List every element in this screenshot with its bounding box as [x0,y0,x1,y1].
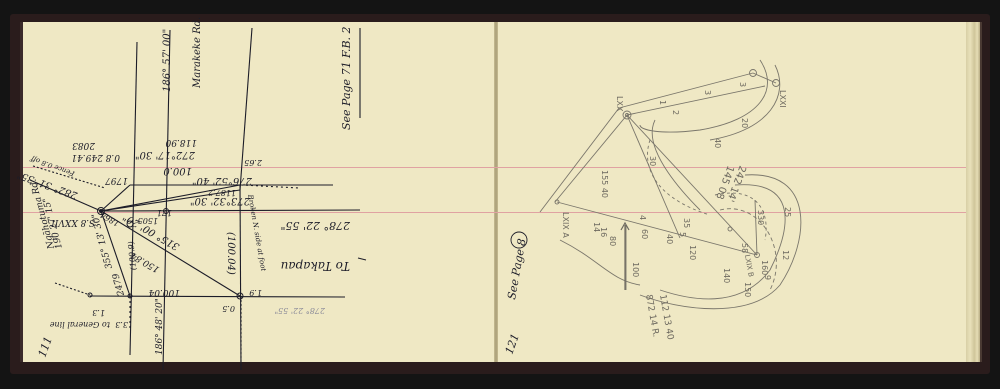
bearing-text: 278° 22' 55" [280,219,351,232]
contour-label: 16 [599,227,608,237]
contour-label: 3 [738,82,747,87]
page-number-left: 111 [36,335,55,359]
contour-label: 4 [638,215,647,220]
station-label: LXIX B [743,254,755,278]
distance-text: 0.8 249.41 [71,152,120,162]
contour-label: 58 [740,243,749,253]
right-station-marks [555,70,780,258]
distance-text: 1.9 [249,288,262,297]
distance-text: 100.04 [148,287,180,297]
distance-text: 2.65 [244,158,263,167]
contour-label: 35 [682,218,691,228]
contour-label: 2 [671,110,680,115]
contour-label: 30 [648,156,657,166]
contour-label: 9 [763,275,772,280]
station-label: LXX [615,96,624,112]
bearing-text: 186° 57' 00" [162,29,173,92]
distance-text: 100.0 [163,165,192,176]
right-annotations: LXX LXXI LXIX A LXIX B 112 13 40 872 14 … [561,82,792,341]
distance-text: 1.3 [92,308,105,317]
fence-note: Fence 0.8 off [29,154,77,178]
broken-side-note: Broken N. side at foot [246,193,268,272]
bearing-text: 278° 22' 55" [274,306,326,315]
contour-label: 40 [665,234,674,244]
contour-label: 160 [760,260,769,275]
contour-label: 120 [688,245,697,260]
left-annotations: 186° 57' 00" Marakeke Rd. See Page 71 F.… [16,17,353,359]
contour-label: 40 [713,138,722,148]
contour-label: 3 [703,90,712,95]
contour-label: 140 [722,268,731,283]
general-line-note: to General line [49,320,110,329]
distance-text: 0.5 [222,304,235,313]
contour-label: 150 [743,282,752,297]
contour-label: 155 40 [600,170,609,198]
right-page-notes: See Page 8 121 [503,232,529,356]
station-label: LXXI [778,90,787,108]
contour-label: 60 [640,229,649,239]
contour-label: 5 [678,232,687,237]
survey-sketch: 186° 57' 00" Marakeke Rd. See Page 71 F.… [0,0,1000,389]
distance-text: 1797 [105,175,128,185]
distance-text: (100.9) [126,241,138,271]
contour-label: 25 [783,207,792,217]
contour-label: 100 [631,262,640,277]
contour-label: 20 [740,118,749,128]
road-label-takapau: To Takapau [281,259,350,273]
contour-label: 330 [756,210,765,225]
contour-label: 1 [658,100,667,105]
distance-text: 1187.2 [208,188,236,197]
distance-text: 171 [157,208,172,217]
bearing-text: 276°52' 40" [192,175,253,186]
distance-text: (100.04) [225,232,236,275]
page-number-right: 121 [503,332,522,356]
distance-text: 1505 [138,216,158,225]
distance-text: 3.3 [115,320,128,329]
reference-note: See Page 71 F.B. 2 [340,26,353,130]
distance-text: 118.90 [165,137,197,147]
distance-text: 2479 [111,272,127,298]
road-label-maraekeke: Marakeke Rd. [192,17,203,89]
distance-text: 2083 [72,140,96,150]
contour-label: 12 [781,250,790,260]
station-label: LXIX A [561,212,570,238]
bearing-text: 186° 48' 20" [155,298,165,355]
contour-label: 80 [608,236,617,246]
bearing-text: 272°17' 30" [135,149,196,160]
reference-note-right: See Page 8 [505,238,528,301]
